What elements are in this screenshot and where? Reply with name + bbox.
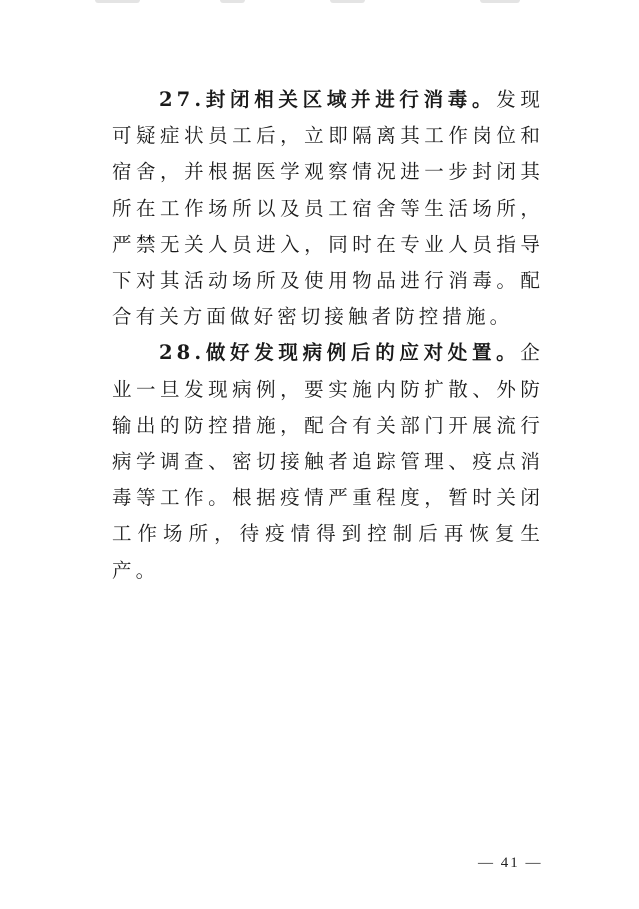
document-page: 27.封闭相关区域并进行消毒。发现可疑症状员工后，立即隔离其工作岗位和宿舍，并根… (0, 0, 639, 909)
paragraph-number: 28. (159, 341, 205, 364)
paragraph-heading: 做好发现病例后的应对处置。 (205, 341, 520, 364)
paragraph-27: 27.封闭相关区域并进行消毒。发现可疑症状员工后，立即隔离其工作岗位和宿舍，并根… (112, 82, 544, 335)
body-text: 27.封闭相关区域并进行消毒。发现可疑症状员工后，立即隔离其工作岗位和宿舍，并根… (112, 82, 544, 589)
paragraph-28: 28.做好发现病例后的应对处置。企业一旦发现病例，要实施内防扩散、外防输出的防控… (112, 335, 544, 588)
page-number: — 41 — (478, 855, 543, 872)
scan-edge-artifacts (0, 0, 639, 6)
paragraph-heading: 封闭相关区域并进行消毒。 (205, 88, 496, 111)
paragraph-number: 27. (159, 88, 205, 111)
paragraph-body: 发现可疑症状员工后，立即隔离其工作岗位和宿舍，并根据医学观察情况进一步封闭其所在… (112, 88, 544, 328)
paragraph-body: 企业一旦发现病例，要实施内防扩散、外防输出的防控措施，配合有关部门开展流行病学调… (112, 341, 544, 581)
